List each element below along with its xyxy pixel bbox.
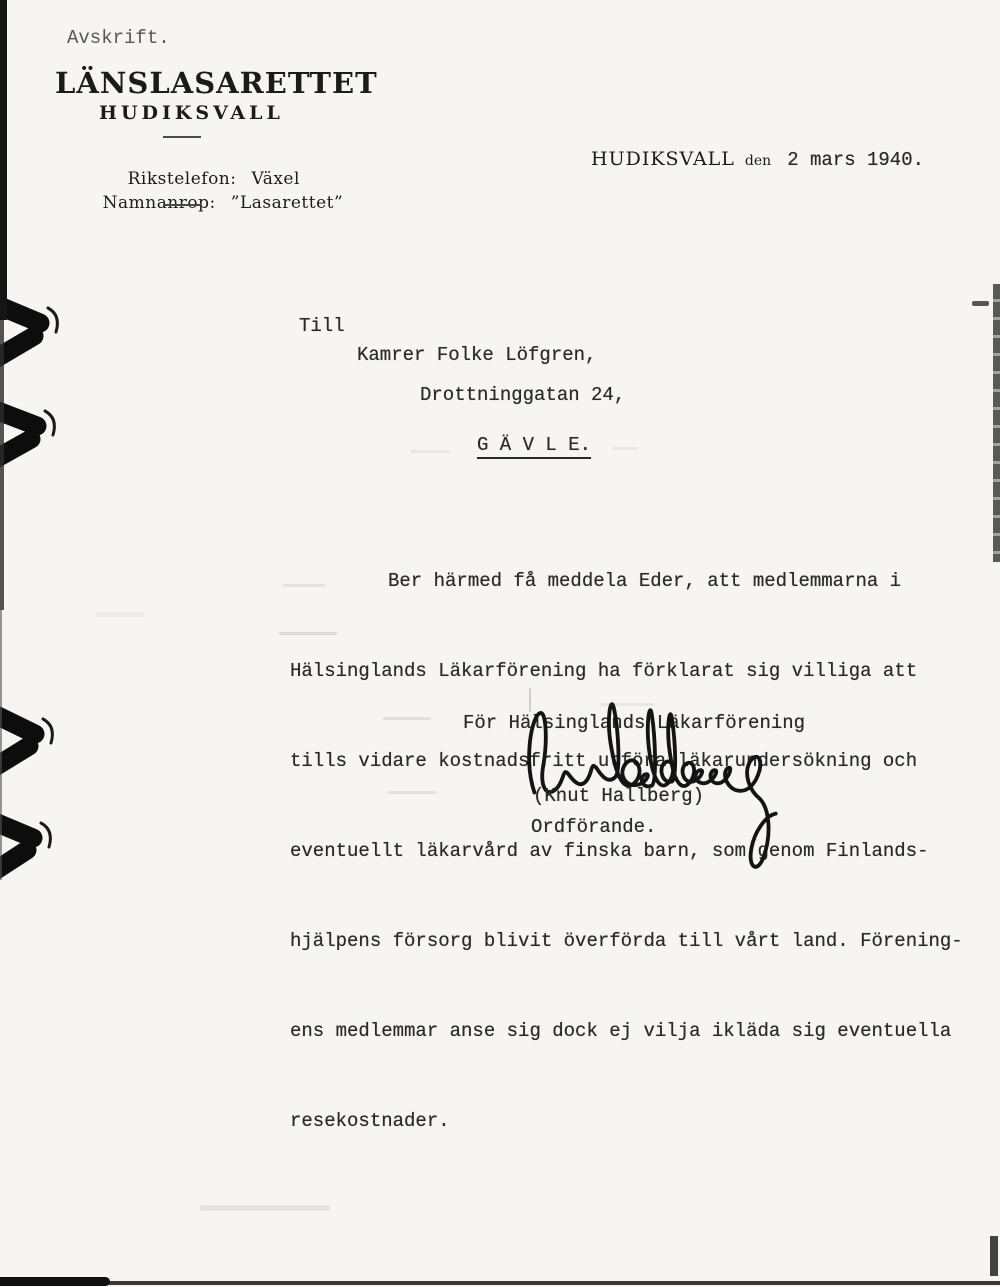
scan-smudge <box>200 1205 330 1211</box>
recipient-name: Kamrer Folke Löfgren, <box>357 344 596 366</box>
dateline-place: HUDIKSVALL <box>591 148 735 170</box>
dateline-particle: den <box>745 153 771 169</box>
scan-smudge <box>95 612 145 617</box>
dateline: HUDIKSVALLden2 mars 1940. <box>591 148 924 171</box>
body-line: resekostnader. <box>290 1106 963 1136</box>
scan-artifact <box>990 1236 998 1276</box>
signature-title: Ordförande. <box>531 816 656 838</box>
letterhead-org-name: LÄNSLASARETTET <box>55 66 378 100</box>
scan-artifact <box>972 301 989 306</box>
namecall-label: Namnanrop: <box>103 193 216 213</box>
binding-lace-mark <box>0 292 64 376</box>
body-line: Hälsinglands Läkarförening ha förklarat … <box>290 656 963 686</box>
scan-smudge <box>279 632 337 635</box>
binding-lace-mark <box>0 396 64 480</box>
body-line: hjälpens försorg blivit överförda till v… <box>290 926 963 956</box>
recipient-street: Drottninggatan 24, <box>420 384 625 406</box>
scan-edge-right <box>993 284 1000 562</box>
letterhead-namecall-line: Namnanrop:”Lasarettet” <box>79 173 343 233</box>
dateline-date: 2 mars 1940. <box>787 149 924 171</box>
namecall-value: ”Lasarettet” <box>231 193 343 213</box>
scanned-letter-page: Avskrift. LÄNSLASARETTET HUDIKSVALL Riks… <box>0 0 1000 1287</box>
scan-edge-left <box>0 610 2 880</box>
scan-smudge <box>410 450 450 453</box>
scan-smudge <box>612 447 638 450</box>
binding-lace-mark <box>0 806 64 890</box>
scan-smudge <box>383 717 431 720</box>
scan-smudge <box>387 791 437 794</box>
scan-edge-left <box>0 320 4 610</box>
scan-smudge <box>529 688 531 712</box>
letterhead-divider-bottom <box>163 204 201 206</box>
scan-smudge <box>283 584 325 587</box>
signature-typed-name: (Knut Hallberg) <box>533 785 704 807</box>
binding-lace-mark <box>0 700 64 784</box>
copy-annotation: Avskrift. <box>67 27 170 49</box>
body-line: Ber härmed få meddela Eder, att medlemma… <box>290 566 963 596</box>
scan-edge-left <box>0 0 7 320</box>
letterhead-city: HUDIKSVALL <box>99 102 284 124</box>
letterhead-divider-top <box>163 136 201 138</box>
scan-edge-bottom <box>0 1281 1000 1285</box>
recipient-salutation: Till <box>299 315 345 337</box>
scan-edge-bottom <box>0 1277 110 1286</box>
scan-smudge <box>600 703 655 706</box>
body-line: ens medlemmar anse sig dock ej vilja ikl… <box>290 1016 963 1046</box>
recipient-city: G Ä V L E. <box>477 434 591 459</box>
